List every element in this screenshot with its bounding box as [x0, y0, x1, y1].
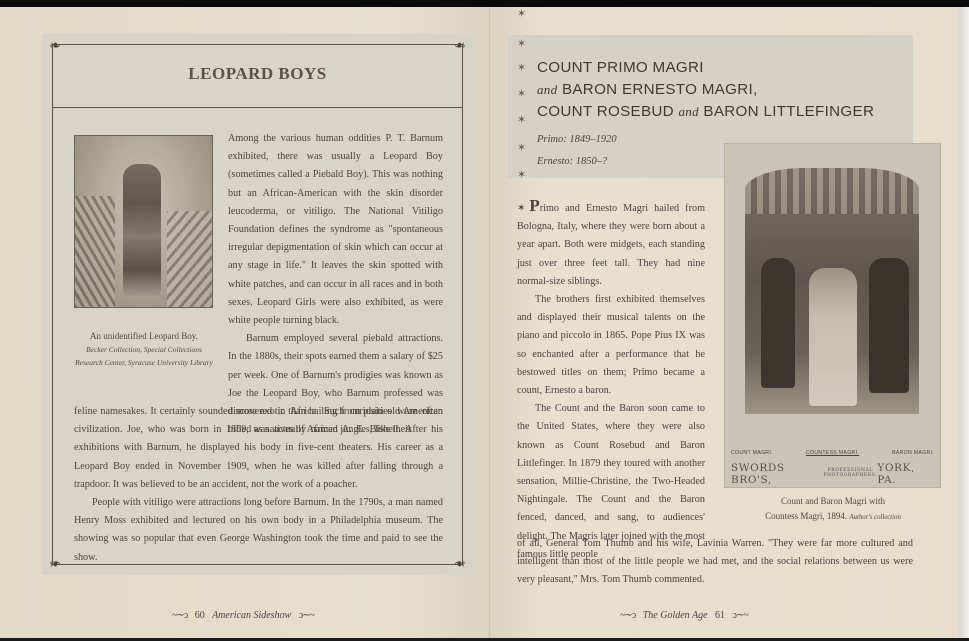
star-icon: ✶ [517, 89, 526, 100]
swash-ornament-icon: ~∼ↄ [620, 610, 635, 621]
date-line: Primo: 1849–1920 [537, 129, 617, 151]
sidebar-full-text: feline namesakes. It certainly sounded m… [74, 403, 443, 567]
date-line: Ernesto: 1850–? [537, 151, 617, 173]
paragraph: The brothers first exhibited themselves … [517, 291, 705, 400]
studio-location: YORK, PA. [877, 462, 934, 486]
star-icon: ✶ [517, 9, 526, 20]
caption-text: Count and Baron Magri with [733, 494, 933, 509]
photo-figure [809, 268, 857, 406]
photo-foliage-right [167, 211, 212, 308]
book-gutter [489, 7, 490, 638]
page-number: 61 [715, 610, 725, 621]
studio-name: SWORDS BRO'S, [731, 462, 823, 486]
paragraph-text: rimo and Ernesto Magri hailed from Bolog… [517, 203, 705, 287]
swash-ornament-icon: ɔ∼~ [299, 610, 314, 621]
photo-figure [869, 258, 909, 393]
caption-text-part: Countess Magri, 1894. [765, 511, 847, 521]
heading-line: COUNT PRIMO MAGRI [537, 57, 874, 79]
corner-ornament-icon: ❧ [46, 38, 64, 56]
photo-image [745, 168, 919, 414]
viewer-right-edge [958, 7, 969, 638]
photo-name-labels: COUNT MAGRI. COUNTESS MAGRI. BARON MAGRI… [731, 450, 934, 456]
leopard-boys-sidebar: ❧ ❧ ❧ ❧ LEOPARD BOYS An unidentified Leo… [42, 34, 473, 575]
paragraph: of all, General Tom Thumb and his wife, … [517, 535, 913, 590]
magri-photo: COUNT MAGRI. COUNTESS MAGRI. BARON MAGRI… [724, 143, 941, 488]
star-icon: ✶ [517, 63, 526, 74]
photo-figure [761, 258, 795, 388]
left-folio: ~∼ↄ 60 American Sideshow ɔ∼~ [172, 610, 314, 621]
photo-caption: An unidentified Leopard Boy. Becker Coll… [64, 330, 224, 369]
studio-subtitle: PROFESSIONAL PHOTOGRAPHERS. [823, 468, 877, 478]
photo-curtain [745, 168, 919, 214]
photo-label: COUNTESS MAGRI. [806, 450, 859, 456]
top-black-bar [0, 0, 969, 7]
paragraph: ✶Primo and Ernesto Magri hailed from Bol… [517, 200, 705, 291]
body-column-text: ✶Primo and Ernesto Magri hailed from Bol… [517, 200, 705, 564]
sidebar-column-text: Among the various human oddities P. T. B… [228, 130, 443, 439]
caption-text: An unidentified Leopard Boy. [64, 330, 224, 343]
heading-connector: and [678, 104, 698, 119]
caption-text: Countess Magri, 1894. Author's collectio… [733, 509, 933, 525]
star-icon: ✶ [517, 170, 526, 181]
running-title: American Sideshow [212, 610, 291, 621]
photo-foliage-left [75, 196, 115, 308]
corner-ornament-icon: ❧ [451, 38, 469, 56]
swash-ornament-icon: ɔ∼~ [733, 610, 748, 621]
right-folio: ~∼ↄ The Golden Age 61 ɔ∼~ [620, 610, 748, 621]
paragraph: Among the various human oddities P. T. B… [228, 130, 443, 330]
heading-name: BARON ERNESTO MAGRI, [562, 81, 758, 98]
heading-connector: and [537, 82, 557, 97]
heading-name: BARON LITTLEFINGER [703, 103, 874, 120]
swash-ornament-icon: ~∼ↄ [172, 610, 187, 621]
body-full-text: of all, General Tom Thumb and his wife, … [517, 535, 913, 590]
studio-subtitle-line: PHOTOGRAPHERS. [823, 473, 877, 478]
caption-credit: Author's collection [849, 514, 900, 521]
page-number: 60 [195, 610, 205, 621]
star-icon: ✶ [517, 143, 526, 154]
leopard-boy-photo [74, 135, 213, 308]
book-spread: ❧ ❧ ❧ ❧ LEOPARD BOYS An unidentified Leo… [0, 7, 969, 638]
photo-label: COUNT MAGRI. [731, 450, 773, 456]
drop-cap: P [529, 196, 539, 215]
sidebar-title: LEOPARD BOYS [42, 64, 473, 84]
paragraph: feline namesakes. It certainly sounded m… [74, 403, 443, 494]
heading-line: COUNT ROSEBUD and BARON LITTLEFINGER [537, 101, 874, 123]
star-icon: ✶ [517, 39, 526, 50]
chapter-heading: COUNT PRIMO MAGRI and BARON ERNESTO MAGR… [537, 57, 874, 123]
star-icon: ✶ [517, 203, 525, 214]
life-dates: Primo: 1849–1920 Ernesto: 1850–? [537, 129, 617, 173]
photo-studio-imprint: SWORDS BRO'S, PROFESSIONAL PHOTOGRAPHERS… [731, 462, 934, 486]
corner-ornament-icon: ❧ [46, 553, 64, 571]
running-title: The Golden Age [643, 610, 708, 621]
heading-line: and BARON ERNESTO MAGRI, [537, 79, 874, 101]
photo-figure [123, 164, 161, 296]
photo-caption: Count and Baron Magri with Countess Magr… [733, 494, 933, 525]
paragraph: People with vitiligo were attractions lo… [74, 494, 443, 567]
caption-credit: Research Center, Syracuse University Lib… [64, 356, 224, 369]
caption-credit: Becker Collection, Special Collections [64, 343, 224, 356]
star-icon: ✶ [517, 115, 526, 126]
heading-name: COUNT ROSEBUD [537, 103, 674, 120]
photo-label: BARON MAGRI. [892, 450, 934, 456]
corner-ornament-icon: ❧ [451, 553, 469, 571]
title-divider [52, 107, 463, 108]
